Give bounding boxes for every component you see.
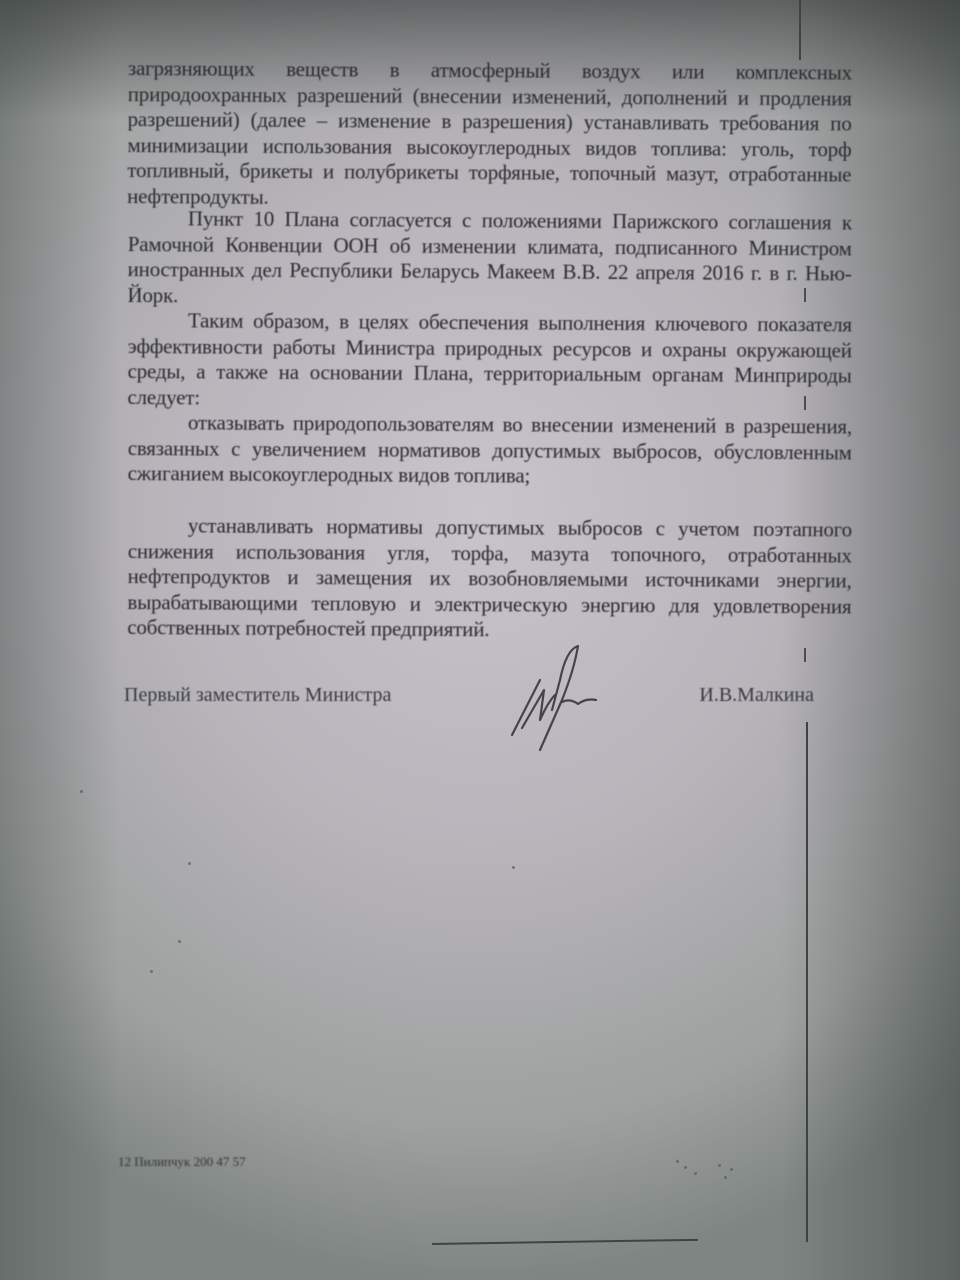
scan-speckle bbox=[718, 1164, 721, 1167]
bottom-rule-line bbox=[432, 1239, 698, 1245]
scan-speckle bbox=[178, 940, 181, 943]
margin-tick bbox=[804, 648, 806, 662]
paragraph-paris-agreement: Пункт 10 Плана согласуется с положениями… bbox=[127, 206, 852, 312]
paragraph-establish: устанавливать нормативы допустимых выбро… bbox=[127, 513, 852, 645]
signer-name: И.В.Малкина bbox=[699, 684, 814, 707]
paragraph-text: устанавливать нормативы допустимых выбро… bbox=[127, 513, 852, 645]
scan-speckle bbox=[730, 1168, 733, 1171]
scan-speckle bbox=[80, 790, 83, 793]
paragraph-text: Пункт 10 Плана согласуется с положениями… bbox=[127, 206, 852, 312]
paragraph-text: загрязняющих веществ в атмосферный возду… bbox=[127, 56, 852, 213]
margin-rule-top bbox=[799, 0, 801, 60]
handwritten-signature-icon bbox=[500, 640, 620, 760]
paragraph-continuation: загрязняющих веществ в атмосферный возду… bbox=[127, 56, 852, 213]
scan-speckle bbox=[694, 1172, 697, 1175]
paragraph-therefore: Таким образом, в целях обеспечения выпол… bbox=[127, 308, 852, 414]
scan-speckle bbox=[150, 970, 153, 973]
paragraph-refuse: отказывать природопользователям во внесе… bbox=[128, 410, 852, 491]
scan-speckle bbox=[512, 866, 515, 869]
paragraph-text: отказывать природопользователям во внесе… bbox=[128, 410, 852, 491]
signer-title: Первый заместитель Министра bbox=[124, 684, 391, 707]
paragraph-text: Таким образом, в целях обеспечения выпол… bbox=[127, 308, 852, 414]
signature-block: Первый заместитель Министра И.В.Малкина bbox=[124, 684, 814, 714]
scan-speckle bbox=[684, 1166, 687, 1169]
scan-speckle bbox=[188, 862, 191, 865]
margin-rule-right bbox=[806, 722, 808, 1242]
scan-speckle bbox=[676, 1160, 679, 1163]
document-page: загрязняющих веществ в атмосферный возду… bbox=[0, 0, 960, 1280]
executor-note: 12 Пилипчук 200 47 57 bbox=[118, 1154, 246, 1170]
scan-speckle bbox=[724, 1176, 727, 1179]
photo-shadow-left bbox=[0, 0, 120, 1280]
